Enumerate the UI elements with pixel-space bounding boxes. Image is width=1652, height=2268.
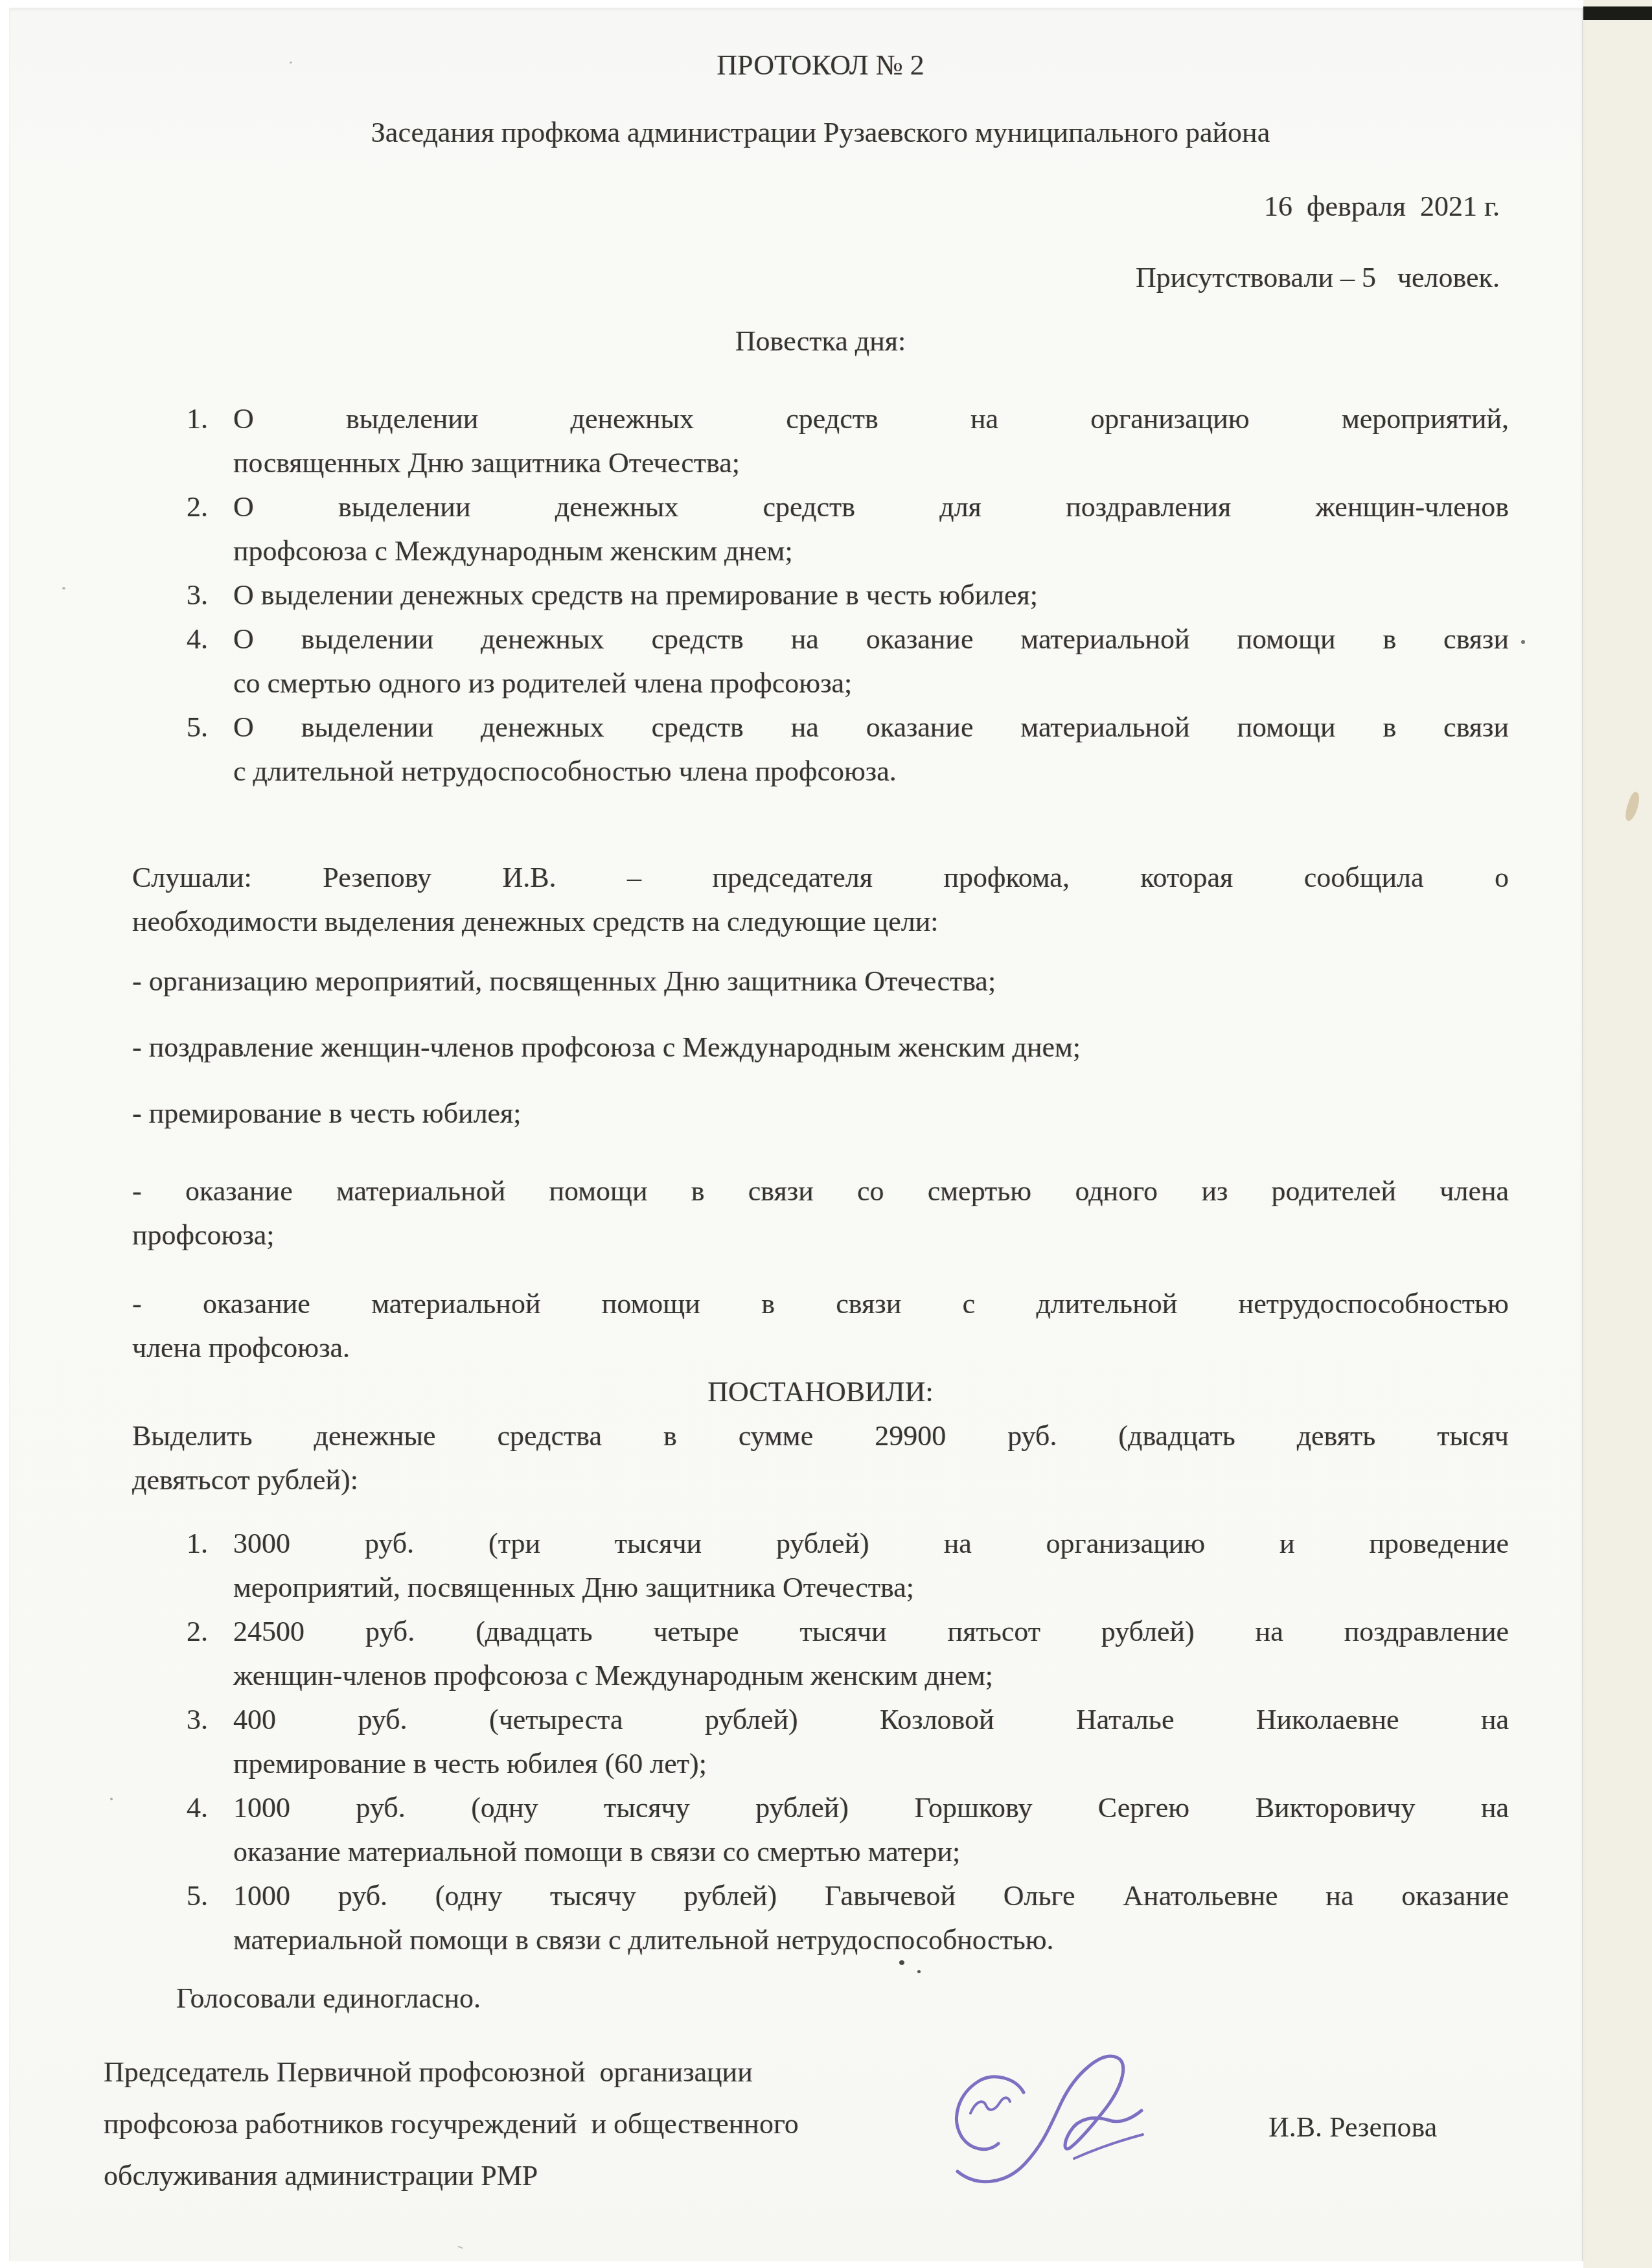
scan-speckle — [110, 1798, 113, 1800]
agenda-item-number: 3. — [187, 573, 208, 617]
scan-speckle — [899, 1960, 904, 1965]
scan-speckle — [917, 1970, 921, 1973]
scan-speckle — [1521, 640, 1525, 644]
document-date: 16 февраля 2021 г. — [132, 185, 1509, 229]
agenda-heading: Повестка дня: — [132, 319, 1509, 363]
scanned-document: ПРОТОКОЛ № 2 Заседания профкома админист… — [0, 0, 1652, 2268]
heard-bullet-line: члена профсоюза. — [132, 1326, 1509, 1370]
resolution-item-line: материальной помощи в связи с длительной… — [233, 1918, 1509, 1962]
signer-position-line: обслуживания администрации РМР — [104, 2150, 1509, 2202]
resolution-item-line: 24500 руб. (двадцать четыре тысячи пятьс… — [233, 1610, 1509, 1654]
resolution-item-line: женщин-членов профсоюза с Международным … — [233, 1654, 1509, 1698]
resolution-item-line: мероприятий, посвященных Дню защитника О… — [233, 1566, 1509, 1610]
heard-bullet: - организацию мероприятий, посвященных Д… — [132, 959, 1509, 1003]
agenda-item-number: 2. — [187, 485, 208, 529]
heard-line: необходимости выделения денежных средств… — [132, 900, 1509, 944]
heard-bullet: - оказание материальной помощи в связи с… — [132, 1282, 1509, 1370]
resolution-item-number: 4. — [187, 1786, 208, 1830]
agenda-list: 1. О выделении денежных средств на орган… — [132, 397, 1509, 794]
resolution-item-number: 5. — [187, 1874, 208, 1918]
agenda-item-line: с длительной нетрудоспособностью члена п… — [233, 750, 1509, 794]
scan-speckle — [290, 62, 292, 63]
resolution-item: 1. 3000 руб. (три тысячи рублей) на орга… — [132, 1522, 1509, 1610]
resolution-item-number: 2. — [187, 1610, 208, 1654]
heard-bullet-line: - оказание материальной помощи в связи с… — [132, 1169, 1509, 1213]
attendees-line: Присутствовали – 5 человек. — [132, 256, 1509, 300]
agenda-item: 3. О выделении денежных средств на преми… — [132, 573, 1509, 617]
resolution-item-line: 3000 руб. (три тысячи рублей) на организ… — [233, 1522, 1509, 1566]
handwritten-signature — [921, 2045, 1167, 2200]
resolution-intro: Выделить денежные средства в сумме 29900… — [132, 1414, 1509, 1502]
scan-speckle — [227, 936, 229, 938]
agenda-item-line: О выделении денежных средств на премиров… — [233, 573, 1509, 617]
resolution-intro-line: Выделить денежные средства в сумме 29900… — [132, 1414, 1509, 1458]
heard-bullet-line: - премирование в честь юбилея; — [132, 1092, 1509, 1136]
heard-bullet-line: - поздравление женщин-членов профсоюза с… — [132, 1025, 1509, 1070]
resolution-item-number: 1. — [187, 1522, 208, 1566]
document-subtitle: Заседания профкома администрации Рузаевс… — [132, 111, 1509, 155]
resolution-item-line: 400 руб. (четыреста рублей) Козловой Нат… — [233, 1698, 1509, 1742]
resolution-intro-line: девятьсот рублей): — [132, 1458, 1509, 1502]
agenda-item-line: со смертью одного из родителей члена про… — [233, 661, 1509, 705]
agenda-item-number: 1. — [187, 397, 208, 441]
resolution-heading: ПОСТАНОВИЛИ: — [132, 1370, 1509, 1414]
agenda-item-line: О выделении денежных средств на оказание… — [233, 705, 1509, 750]
agenda-item: 4. О выделении денежных средств на оказа… — [132, 617, 1509, 705]
heard-bullet-line: - оказание материальной помощи в связи с… — [132, 1282, 1509, 1326]
resolution-item: 3. 400 руб. (четыреста рублей) Козловой … — [132, 1698, 1509, 1786]
document-page: ПРОТОКОЛ № 2 Заседания профкома админист… — [9, 8, 1583, 2261]
scan-speckle — [62, 587, 65, 590]
heard-bullet: - поздравление женщин-членов профсоюза с… — [132, 1025, 1509, 1070]
heard-paragraph: Слушали: Резепову И.В. – председателя пр… — [132, 856, 1509, 944]
agenda-item-line: О выделении денежных средств на оказание… — [233, 617, 1509, 661]
agenda-item: 1. О выделении денежных средств на орган… — [132, 397, 1509, 485]
agenda-item-number: 4. — [187, 617, 208, 661]
resolution-item-line: премирование в честь юбилея (60 лет); — [233, 1742, 1509, 1786]
resolution-item: 5. 1000 руб. (одну тысячу рублей) Гавыче… — [132, 1874, 1509, 1962]
scanner-black-bar — [1583, 6, 1652, 20]
resolution-item: 2. 24500 руб. (двадцать четыре тысячи пя… — [132, 1610, 1509, 1698]
agenda-item-line: О выделении денежных средств для поздрав… — [233, 485, 1509, 529]
heard-bullet-line: - организацию мероприятий, посвященных Д… — [132, 959, 1509, 1003]
resolution-item-number: 3. — [187, 1698, 208, 1742]
heard-bullet-line: профсоюза; — [132, 1213, 1509, 1257]
agenda-item: 2. О выделении денежных средств для позд… — [132, 485, 1509, 573]
agenda-item-line: О выделении денежных средств на организа… — [233, 397, 1509, 441]
document-title: ПРОТОКОЛ № 2 — [132, 43, 1509, 87]
resolution-item-line: оказание материальной помощи в связи со … — [233, 1830, 1509, 1874]
scanner-bed-strip — [1583, 0, 1652, 2268]
resolution-item: 4. 1000 руб. (одну тысячу рублей) Горшко… — [132, 1786, 1509, 1874]
signer-position-line: Председатель Первичной профсоюзной орган… — [104, 2046, 1509, 2098]
signer-name: И.В. Резепова — [1268, 2111, 1437, 2144]
heard-bullet: - оказание материальной помощи в связи с… — [132, 1169, 1509, 1257]
vote-line: Голосовали единогласно. — [132, 1976, 1509, 2021]
resolution-item-line: 1000 руб. (одну тысячу рублей) Гавычевой… — [233, 1874, 1509, 1918]
agenda-item-number: 5. — [187, 705, 208, 750]
resolution-item-line: 1000 руб. (одну тысячу рублей) Горшкову … — [233, 1786, 1509, 1830]
heard-line: Слушали: Резепову И.В. – председателя пр… — [132, 856, 1509, 900]
resolution-list: 1. 3000 руб. (три тысячи рублей) на орга… — [132, 1522, 1509, 1962]
agenda-item-line: профсоюза с Международным женским днем; — [233, 529, 1509, 573]
agenda-item: 5. О выделении денежных средств на оказа… — [132, 705, 1509, 794]
heard-bullet: - премирование в честь юбилея; — [132, 1092, 1509, 1136]
agenda-item-line: посвященных Дню защитника Отечества; — [233, 441, 1509, 485]
